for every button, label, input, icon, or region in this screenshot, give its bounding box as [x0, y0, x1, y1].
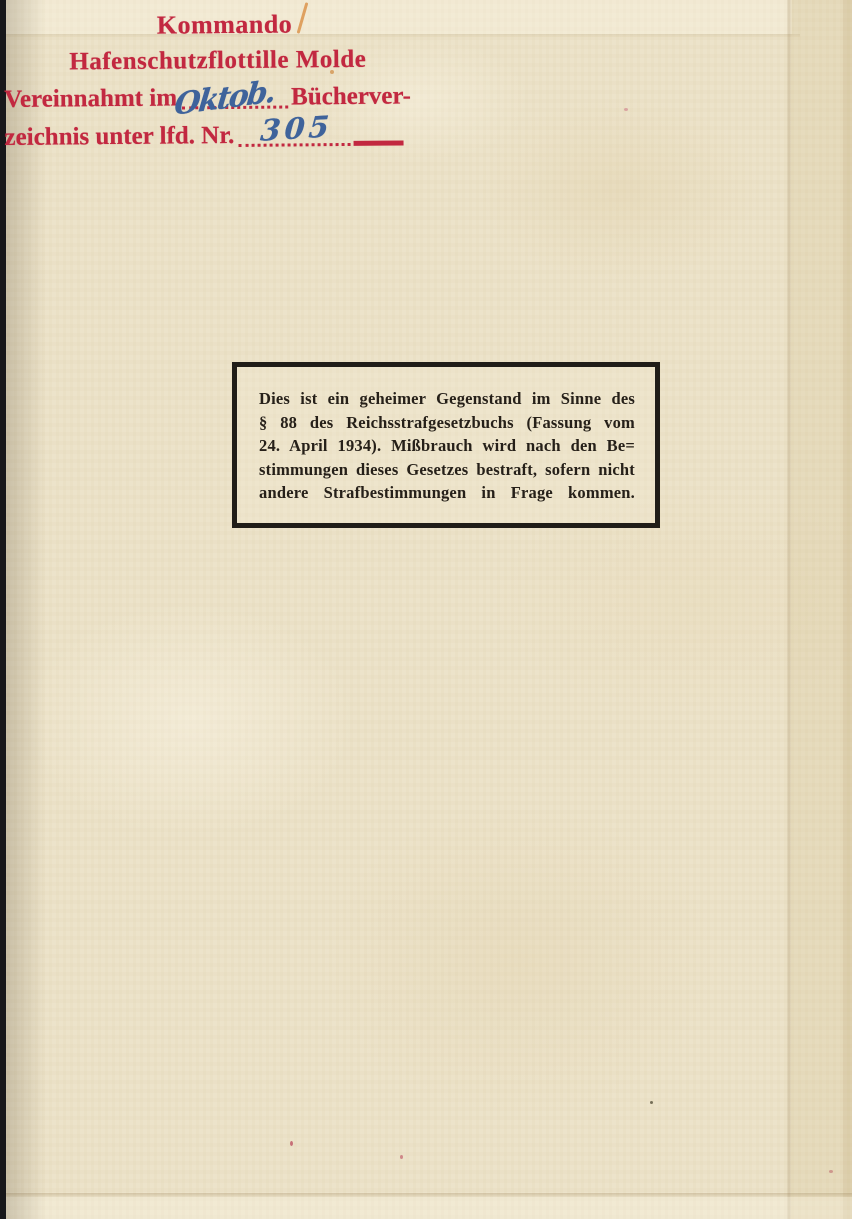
right-fold-crease [787, 0, 791, 1219]
stamp-blank-month-dotted-line: Oktob. [182, 99, 288, 109]
right-fold-band [791, 0, 852, 1219]
handwritten-month: Oktob. [173, 77, 276, 121]
handwritten-serial-number: 305 [259, 111, 334, 146]
scan-left-black-edge [0, 0, 6, 1219]
secrecy-notice-box: Dies ist ein geheimer Gegenstand im Sinn… [232, 362, 660, 528]
secrecy-notice-line: 24. April 1934). Mißbrauch wird nach den… [259, 434, 635, 458]
secrecy-notice-line: § 88 des Reichsstrafgesetzbuchs (Fassung… [259, 411, 635, 435]
right-paper-edge [843, 0, 852, 1219]
stamp-text-vereinnahmt-im: Vereinnahmt im [4, 83, 177, 115]
scanned-document-page: { "document": { "type": "scanned page, r… [0, 0, 852, 1219]
secrecy-notice-line: stimmungen dieses Gesetzes bestraft, sof… [259, 458, 635, 482]
left-binding-shadow [6, 0, 46, 1219]
bottom-crease-line [0, 1193, 852, 1197]
paper-speck [829, 1170, 833, 1173]
paper-speck [624, 108, 628, 111]
stamp-blank-number-dotted-line: 305 [238, 137, 350, 147]
stamp-text-zeichnis-unter-lfd-nr: zeichnis unter lfd. Nr. [4, 121, 234, 153]
stamp-solid-underline-dash [353, 134, 403, 145]
stamp-line-zeichnis-nr: zeichnis unter lfd. Nr. 305 [4, 119, 456, 153]
paper-speck [290, 1141, 293, 1146]
secrecy-notice-line: andere Strafbestimmungen in Frage kommen… [259, 481, 635, 505]
stamp-text-buecherver: Bücherver- [291, 81, 411, 112]
stamp-line-vereinnahmt: Vereinnahmt im Oktob. Bücherver- [4, 81, 456, 115]
stamp-line-unit: Hafenschutzflottille Molde [4, 44, 432, 78]
secrecy-notice-line: Dies ist ein geheimer Gegenstand im Sinn… [259, 387, 635, 411]
accession-ink-stamp: Kommando Hafenschutzflottille Molde Vere… [3, 8, 456, 153]
paper-speck [650, 1101, 653, 1104]
bottom-fold-light-band [0, 1197, 852, 1219]
stamp-line-kommando: Kommando [3, 8, 445, 42]
paper-speck [400, 1155, 403, 1159]
